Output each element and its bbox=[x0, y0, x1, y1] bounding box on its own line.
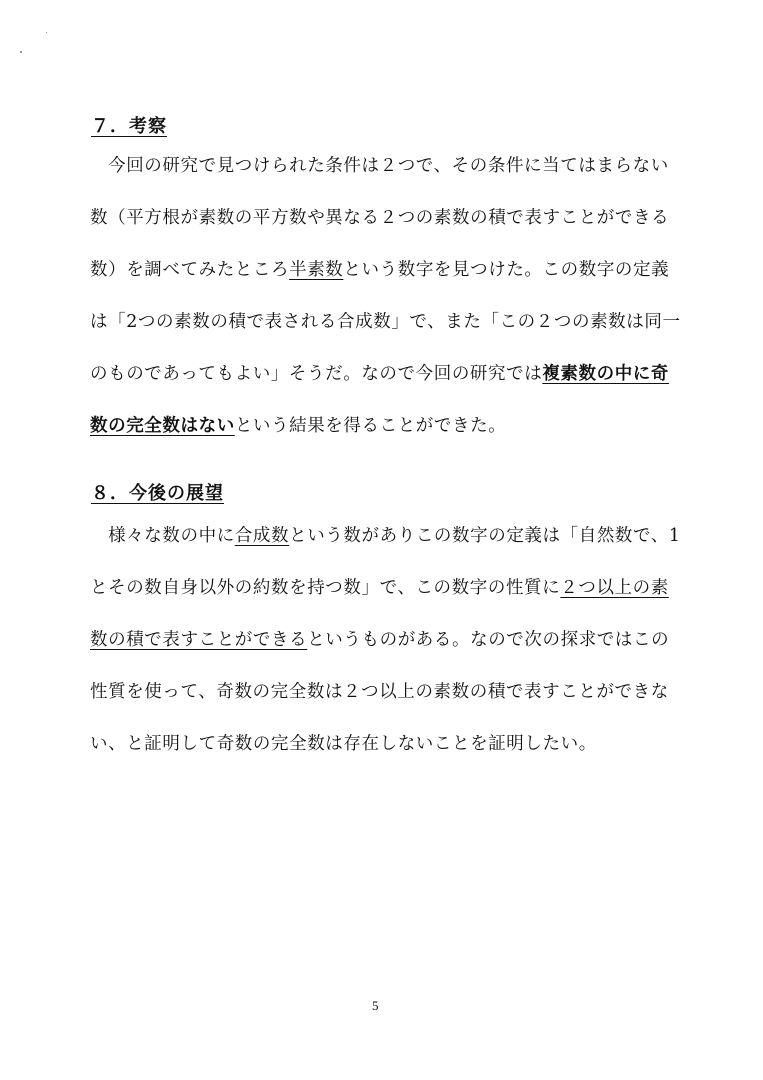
text-line: 数の積で表すことができるというものがある。なので次の探求ではこの bbox=[90, 626, 670, 651]
text-run: という数字を見つけた。この数字の定義 bbox=[343, 260, 669, 280]
text-run: というものがある。なので次の探求ではこの bbox=[307, 630, 669, 650]
emphasized-text: 半素数 bbox=[289, 260, 343, 280]
text-line: 様々な数の中に合成数という数がありこの数字の定義は「自然数で、1 bbox=[90, 522, 670, 547]
emphasized-text: 数の完全数はない bbox=[90, 416, 235, 436]
text-run: とその数自身以外の約数を持つ数」で、この数字の性質に bbox=[90, 578, 560, 598]
text-run: い、と証明して奇数の完全数は存在しないことを証明したい。 bbox=[90, 734, 597, 754]
text-line: とその数自身以外の約数を持つ数」で、この数字の性質に２つ以上の素 bbox=[90, 574, 670, 599]
text-line: 数）を調べてみたところ半素数という数字を見つけた。この数字の定義 bbox=[90, 256, 670, 281]
scan-speck bbox=[20, 51, 22, 53]
text-run: 様々な数の中に bbox=[90, 526, 235, 546]
text-line: 今回の研究で見つけられた条件は２つで、その条件に当てはまらない bbox=[90, 152, 670, 177]
scan-speck bbox=[46, 32, 47, 33]
emphasized-text: 複素数の中に奇 bbox=[542, 364, 669, 384]
text-run: 数（平方根が素数の平方数や異なる２つの素数の積で表すことができる bbox=[90, 208, 669, 228]
section-heading-outlook: ８．今後の展望 bbox=[91, 479, 224, 505]
section-heading-discussion: ７．考察 bbox=[91, 112, 167, 138]
text-line: は「2つの素数の積で表される合成数」で、また「この２つの素数は同一 bbox=[90, 308, 670, 333]
text-run: という数がありこの数字の定義は「自然数で、1 bbox=[289, 526, 680, 546]
text-line: 数の完全数はないという結果を得ることができた。 bbox=[90, 412, 670, 437]
text-line: のものであってもよい」そうだ。なので今回の研究では複素数の中に奇 bbox=[90, 360, 670, 385]
text-line: い、と証明して奇数の完全数は存在しないことを証明したい。 bbox=[90, 730, 670, 755]
text-run: 性質を使って、奇数の完全数は２つ以上の素数の積で表すことができな bbox=[90, 682, 669, 702]
emphasized-text: 合成数 bbox=[235, 526, 289, 546]
text-line: 性質を使って、奇数の完全数は２つ以上の素数の積で表すことができな bbox=[90, 678, 670, 703]
page-number: 5 bbox=[372, 998, 379, 1014]
text-run: のものであってもよい」そうだ。なので今回の研究では bbox=[90, 364, 542, 384]
text-run: は「2つの素数の積で表される合成数」で、また「この２つの素数は同一 bbox=[90, 312, 681, 332]
emphasized-text: ２つ以上の素 bbox=[560, 578, 669, 598]
text-run: 今回の研究で見つけられた条件は２つで、その条件に当てはまらない bbox=[90, 156, 669, 176]
text-run: 数）を調べてみたところ bbox=[90, 260, 289, 280]
emphasized-text: 数の積で表すことができる bbox=[90, 630, 307, 650]
text-line: 数（平方根が素数の平方数や異なる２つの素数の積で表すことができる bbox=[90, 204, 670, 229]
text-run: という結果を得ることができた。 bbox=[235, 416, 507, 436]
